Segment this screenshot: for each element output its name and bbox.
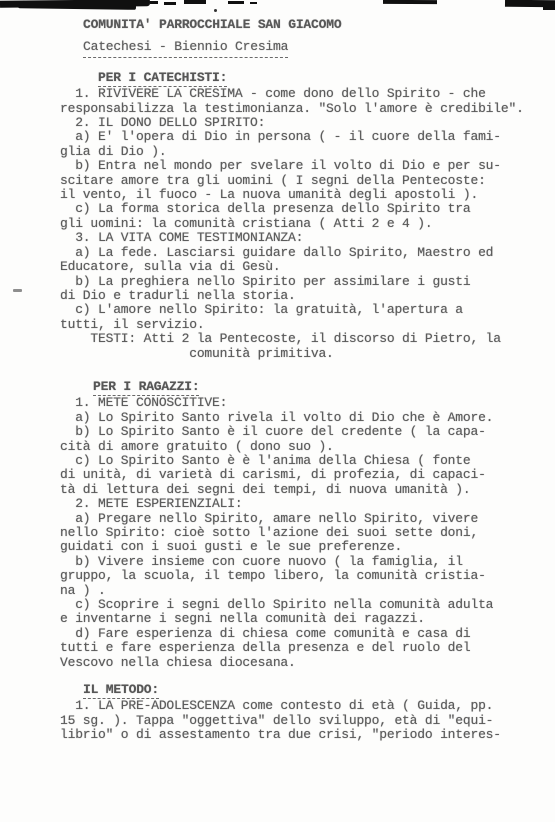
document-subtitle: Catechesi - Biennio Cresima xyxy=(83,40,288,57)
document-title: COMUNITA' PARROCCHIALE SAN GIACOMO xyxy=(83,18,538,32)
section-metodo-text: 1. LA PRE-ADOLESCENZA come contesto di e… xyxy=(60,699,538,742)
document-body: COMUNITA' PARROCCHIALE SAN GIACOMO Catec… xyxy=(60,18,538,743)
scan-edge-artifact xyxy=(18,2,136,10)
scan-edge-artifact xyxy=(228,1,244,4)
scan-edge-artifact xyxy=(250,2,257,4)
mete-esperienziali-text: a) Pregare nello Spirito, amare nello Sp… xyxy=(60,512,538,670)
scan-edge-artifact xyxy=(164,2,176,5)
scan-edge-artifact xyxy=(150,1,158,4)
scan-edge-artifact xyxy=(383,0,437,4)
section-heading-ragazzi: PER I RAGAZZI: xyxy=(93,380,199,396)
scan-edge-artifact xyxy=(184,0,206,4)
section-heading-catechisti: PER I CATECHISTI: xyxy=(98,71,227,87)
scan-speck xyxy=(214,9,217,12)
mete-conoscitive-text: 1. METE CONOSCITIVE: a) Lo Spirito Santo… xyxy=(60,396,538,497)
scan-edge-artifact xyxy=(543,6,555,10)
scanned-document-page: COMUNITA' PARROCCHIALE SAN GIACOMO Catec… xyxy=(0,0,555,822)
section-catechisti-text: 1. RIVIVERE LA CRESIMA - come dono dello… xyxy=(60,87,538,332)
section-heading-metodo: IL METODO: xyxy=(83,683,159,699)
mete-esperienziali-heading: 2. METE ESPERIENZIALI: xyxy=(60,497,538,511)
scan-speck xyxy=(13,289,22,292)
testi-note: TESTI: Atti 2 la Pentecoste, il discorso… xyxy=(60,332,538,361)
